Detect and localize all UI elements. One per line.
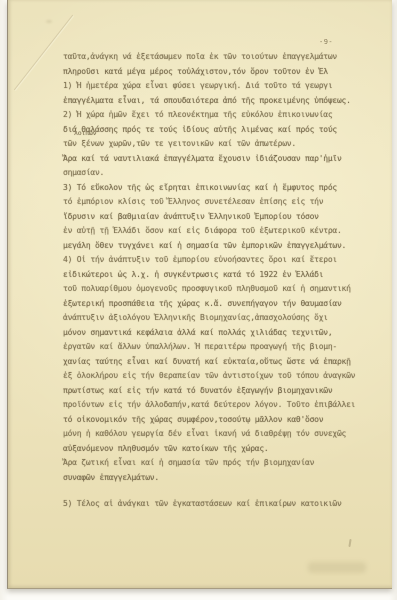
- text-line: 5) Τέλος αἱ ἀνάγκαι τῶν ἐγκαταστάσεων κα…: [63, 497, 365, 512]
- text-line: προϊόντων εἰς τήν ἀλλοδαπήν,κατά δεύτερο…: [63, 398, 365, 413]
- typewritten-text-block: ταῦτα,ἀνάγκη νά ἐξετάσωμεν ποῖα ἐκ τῶν τ…: [63, 50, 365, 512]
- page-number: -9-: [319, 38, 333, 46]
- text-line: 2) Ἡ χώρα ἡμῶν ἔχει τό πλεονέκτημα τῆς ε…: [63, 108, 365, 123]
- text-line: ἵδρυσιν καί βαθμιαίαν ἀνάπτυξιν Ἑλληνικο…: [63, 210, 365, 225]
- text-line: πρωτίστως καί εἰς τήν κατά τό δυνατόν ἐξ…: [63, 384, 365, 399]
- scanner-background: -9- ταῦτα,ἀνάγκη νά ἐξετάσωμεν ποῖα ἐκ τ…: [0, 0, 397, 600]
- text-line: τό ἐμπόριον κλίσις τοῦ Ἕλληνος συνετέλεσ…: [63, 195, 365, 210]
- inserted-correction-word: λοιπῶν: [74, 129, 96, 137]
- text-line: εἰδικώτεροι ὡς λ.χ. ἡ συγκέντρωσις κατά …: [63, 268, 365, 283]
- text-line: ἀνάπτυξιν ἀξιολόγου Ἑλληνικῆς Βιομηχανία…: [63, 311, 365, 326]
- text-line: ἐπαγγέλματα εἶναι, τά σπουδαιότερα ἀπό τ…: [63, 94, 365, 109]
- text-line: τό οἰκονομικόν τῆς χώρας συμφέρον,τοσούτ…: [63, 413, 365, 428]
- text-line: αὐξανόμενον πληθυσμόν τῶν κατοίκων τῆς χ…: [63, 442, 365, 457]
- text-line: μεγάλη ὅθεν τυγχάνει καί ἡ σημασία τῶν ἐ…: [63, 239, 365, 254]
- text-line: 4) Οἱ τήν ἀνάπτυξιν τοῦ ἐμπορίου εὐνοήσα…: [63, 253, 365, 268]
- text-line: 3) Τό εὔκολον τῆς ὡς εἴρηται ἐπικοινωνία…: [63, 181, 365, 196]
- text-line: τοῦ πολυαρίθμου ὁμογενοῦς προσφυγικοῦ πλ…: [63, 282, 365, 297]
- paper-stain: [46, 20, 52, 23]
- text-line: ἐργατῶν καί ἄλλων ὑπαλλήλων. Ἡ περαιτέρω…: [63, 340, 365, 355]
- corner-pencil-mark: [348, 539, 351, 547]
- text-line: συναφῶν ἐπαγγελμάτων.: [63, 471, 365, 486]
- text-line: σημασίαν.: [63, 166, 365, 181]
- text-line: Ἄρα ζωτική εἶναι καί ἡ σημασία τῶν πρός …: [63, 456, 365, 471]
- text-line: πληροῦσι κατά μέγα μέρος τοὐλάχιστον,τόν…: [63, 65, 365, 80]
- text-line: ἐξωτερική προσπάθεια τῆς χώρας κ.ἄ. συνε…: [63, 297, 365, 312]
- text-line: χανίας ταύτης εἶναι καί δυνατή καί εὐκτα…: [63, 355, 365, 370]
- document-page: -9- ταῦτα,ἀνάγκη νά ἐξετάσωμεν ποῖα ἐκ τ…: [7, 0, 392, 589]
- ink-smudge: [308, 562, 366, 573]
- text-line: μόνη ἡ καθόλου γεωργία δέν εἶναι ἱκανή ν…: [63, 427, 365, 442]
- text-line: Ἄρα καί τά ναυτιλιακά ἐπαγγέλματα ἔχουσι…: [63, 152, 365, 167]
- text-line: ἐξ ὁλοκλήρου εἰς τήν θεραπείαν τῶν ἀντισ…: [63, 369, 365, 384]
- text-line: μόνον σημαντικά κεφάλαια ἀλλά καί πολλάς…: [63, 326, 365, 341]
- text-line: ταῦτα,ἀνάγκη νά ἐξετάσωμεν ποῖα ἐκ τῶν τ…: [63, 50, 365, 65]
- text-line: διά θαλάσσης πρός τε τούς ἰδίους αὐτῆς λ…: [63, 123, 365, 138]
- text-line: 1) Ἡ ἡμετέρα χώρα εἶναι φύσει γεωργική. …: [63, 79, 365, 94]
- text-line: ἐν αὐτῇ τῇ Ἑλλάδι ὅσον καί εἰς διάφορα τ…: [63, 224, 365, 239]
- text-line: τῶν ξένων χωρῶν,τῶν τε γειτονικῶν καί τῶ…: [63, 137, 365, 152]
